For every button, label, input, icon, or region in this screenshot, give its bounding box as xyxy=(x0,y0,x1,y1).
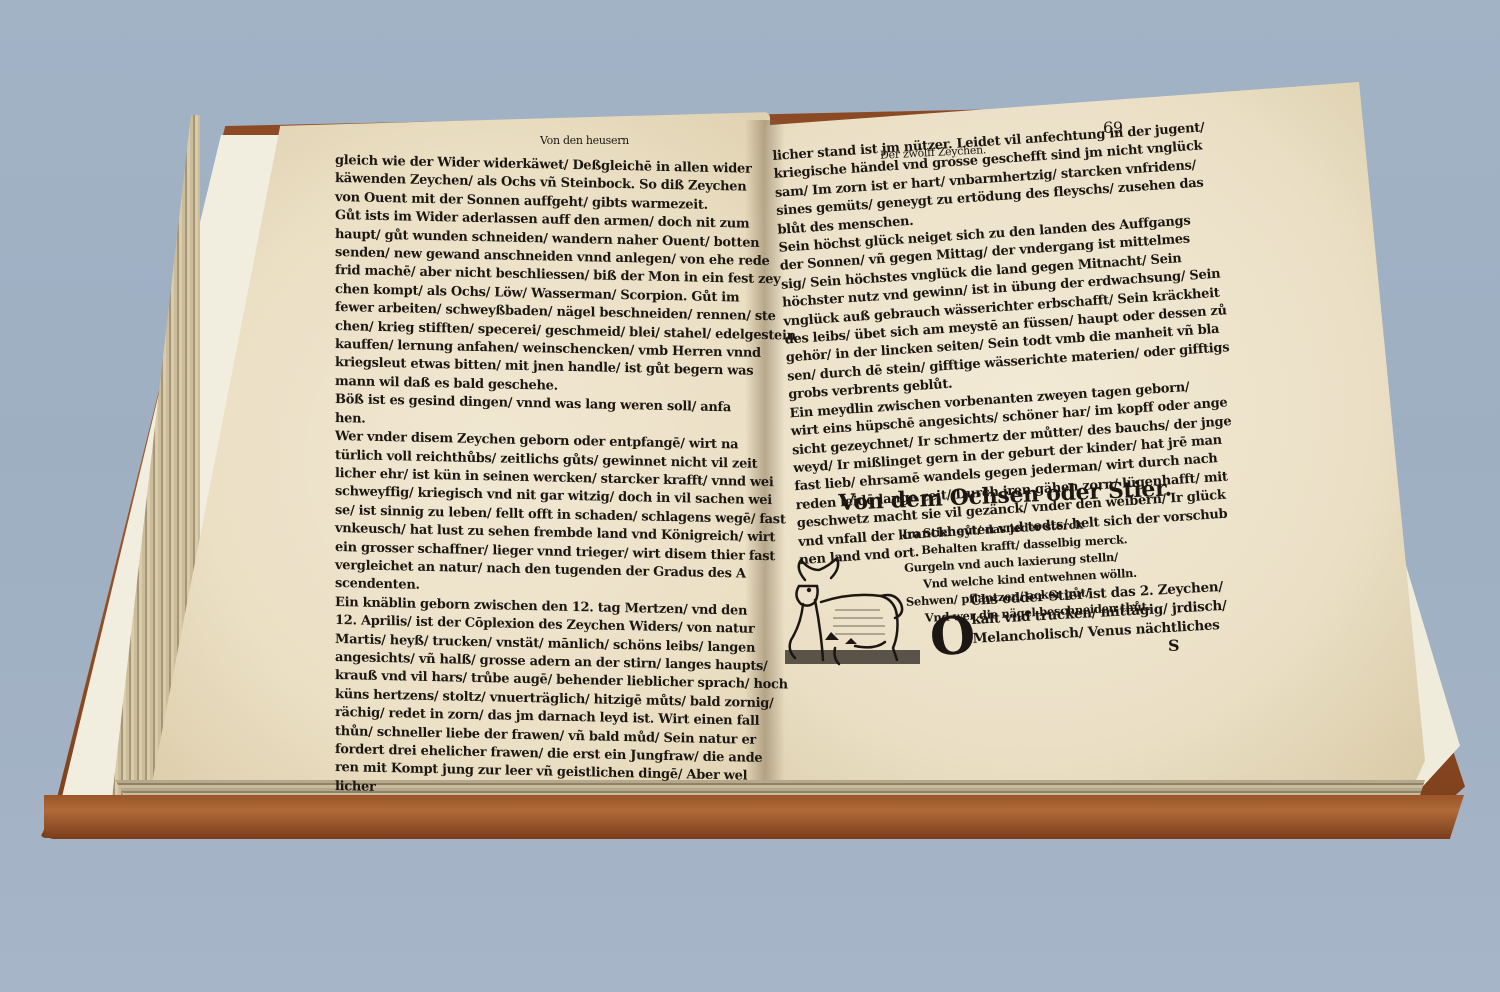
drop-cap: O xyxy=(928,604,977,668)
catchword: S xyxy=(1168,636,1179,655)
left-page-text: gleich wie der Wider widerkäwet/ Deßglei… xyxy=(335,152,796,806)
bull-woodcut-illustration xyxy=(785,540,920,670)
left-running-head: Von den heusern xyxy=(540,134,629,147)
